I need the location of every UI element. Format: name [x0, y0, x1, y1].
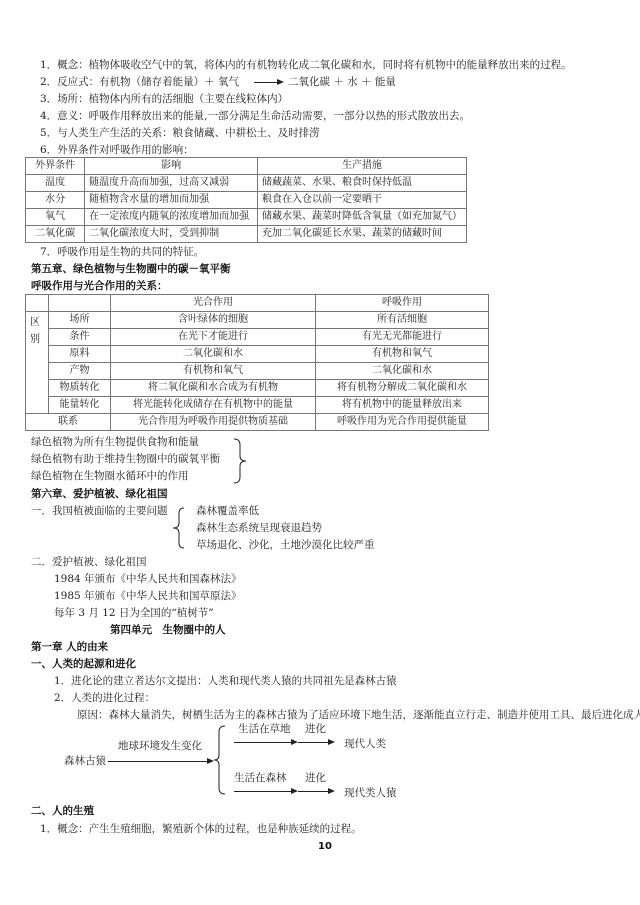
table-cell: 将有机物分解成二氧化碳和水: [316, 380, 489, 397]
table-cell: 水分: [26, 192, 85, 209]
vegetation-problem: 森林生态系统呈现衰退趋势: [196, 521, 322, 535]
table-cell: 二氧化碳和水: [111, 346, 316, 363]
chapter5-title: 第五章、绿色植物与生物圈中的碳－氧平衡: [31, 262, 231, 276]
chapter5-subtitle: 呼吸作用与光合作用的关系：: [31, 279, 168, 293]
respiration-equation-product: 二氧化碳 ＋ 水 ＋ 能量: [288, 75, 396, 89]
table-row: 能量转化 将光能转化成储存在有机物中的能量 将有机物中的能量释放出来: [26, 397, 489, 414]
reaction-arrow-icon: [254, 82, 282, 83]
table-cell: 联系: [26, 414, 111, 431]
vegetation-problem: 森林覆盖率低: [196, 504, 259, 518]
table-header-row: 外界条件 影响 生产措施: [26, 158, 467, 175]
diagram-upper-evolve: 进化: [305, 722, 326, 736]
table-row: 区 别 场所 含叶绿体的细胞 所有活细胞: [26, 312, 489, 329]
green-plant-role: 绿色植物在生物圈水循环中的作用: [31, 469, 189, 483]
vegetation-problem: 草场退化、沙化，土地沙漠化比较严重: [196, 538, 375, 552]
respiration-factors-heading: 6．外界条件对呼吸作用的影响：: [40, 143, 194, 157]
table-cell: 呼吸作用为光合作用提供能量: [316, 414, 489, 431]
table-header: 光合作用: [111, 295, 316, 312]
table-row: 原料 二氧化碳和水 有机物和氧气: [26, 346, 489, 363]
vegetation-problems-label: 一．我国植被面临的主要问题: [31, 504, 168, 518]
table-header-empty: [49, 295, 111, 312]
table-header: 外界条件: [26, 158, 85, 175]
diagram-upper-result: 现代人类: [344, 737, 386, 751]
section2-title: 二、人的生殖: [31, 804, 94, 818]
table-cell: 粮食在入仓以前一定要晒干: [258, 192, 467, 209]
lower-arrow-icon: [234, 791, 296, 792]
upper-arrow-icon: [298, 742, 333, 743]
unit4-title: 第四单元 生物圈中的人: [110, 623, 226, 637]
diagram-origin: 森林古猿: [64, 754, 106, 768]
table-cell: 二氧化碳浓度大时，受到抑制: [85, 226, 258, 243]
table-row: 水分 随植物含水量的增加而加强 粮食在入仓以前一定要晒干: [26, 192, 467, 209]
table-row: 氧气 在一定浓度内随氧的浓度增加而加强 储藏水果、蔬菜时降低含氧量（如充加氮气）: [26, 209, 467, 226]
table-cell: 有机物和氧气: [111, 363, 316, 380]
table-cell: 将有机物中的能量释放出来: [316, 397, 489, 414]
right-brace-icon: [232, 438, 252, 484]
table-cell: 在一定浓度内随氧的浓度增加而加强: [85, 209, 258, 226]
page-number: 10: [318, 840, 332, 854]
table-header: 呼吸作用: [316, 295, 489, 312]
table-header: 影响: [85, 158, 258, 175]
table-cell: 将二氧化碳和水合成为有机物: [111, 380, 316, 397]
table-row: 温度 随温度升高而加强，过高又减弱 储藏蔬菜、水果、粮食时保持低温: [26, 175, 467, 192]
table-cell: 条件: [49, 329, 111, 346]
protect-item: 每年 3 月 12 日为全国的“植树节”: [54, 606, 214, 620]
table-cell: 场所: [49, 312, 111, 329]
table-cell: 所有活细胞: [316, 312, 489, 329]
respiration-site: 3．场所：植物体内所有的活细胞（主要在线粒体内）: [40, 92, 288, 106]
respiration-common-feature: 7．呼吸作用是生物的共同的特征。: [40, 245, 204, 259]
diagram-upper-path: 生活在草地: [238, 722, 291, 736]
table-cell: 原料: [49, 346, 111, 363]
table-header-row: 光合作用 呼吸作用: [26, 295, 489, 312]
table-cell: 含叶绿体的细胞: [111, 312, 316, 329]
table-cell: 随温度升高而加强，过高又减弱: [85, 175, 258, 192]
table-cell: 光合作用为呼吸作用提供物质基础: [111, 414, 316, 431]
darwin-item: 1．进化论的建立者达尔文提出：人类和现代类人猿的共同祖先是森林古猿: [54, 674, 397, 688]
section1-title: 一、人类的起源和进化: [31, 657, 136, 671]
respiration-concept: 1．概念：植物体吸收空气中的氧，将体内的有机物转化成二氧化碳和水，同时将有机物中…: [40, 58, 572, 72]
table-header: 生产措施: [258, 158, 467, 175]
protect-vegetation-label: 二．爱护植被、绿化祖国: [31, 555, 147, 569]
protect-item: 1985 年颁布《中华人民共和国草原法》: [54, 589, 242, 603]
table-cell: 充加二氧化碳延长水果、蔬菜的储藏时间: [258, 226, 467, 243]
table-cell: 温度: [26, 175, 85, 192]
table-cell: 储藏水果、蔬菜时降低含氧量（如充加氮气）: [258, 209, 467, 226]
left-brace-icon: [172, 507, 186, 549]
green-plant-role: 绿色植物有助于维持生物圈中的碳氧平衡: [31, 452, 220, 466]
chapter6-title: 第六章、爱护植被、绿化祖国: [31, 487, 168, 501]
table-row: 联系 光合作用为呼吸作用提供物质基础 呼吸作用为光合作用提供能量: [26, 414, 489, 431]
evolution-reason: 原因：森林大量消失，树栖生活为主的森林古猿为了适应环境下地生活，逐渐能直立行走、…: [77, 708, 640, 722]
respiration-equation: 2．反应式：有机物（储存着能量）＋ 氧气: [40, 75, 239, 89]
diagram-lower-result: 现代类人猿: [344, 786, 397, 800]
evolution-process-label: 2．人类的进化过程：: [54, 691, 155, 705]
table-row: 条件 在光下才能进行 有光无光都能进行: [26, 329, 489, 346]
table-header-empty: [26, 295, 49, 312]
table-cell: 产物: [49, 363, 111, 380]
table-cell: 有机物和氧气: [316, 346, 489, 363]
table-cell: 物质转化: [49, 380, 111, 397]
table-cell: 将光能转化成储存在有机物中的能量: [111, 397, 316, 414]
factors-table: 外界条件 影响 生产措施 温度 随温度升高而加强，过高又减弱 储藏蔬菜、水果、粮…: [25, 157, 467, 243]
table-cell: 储藏蔬菜、水果、粮食时保持低温: [258, 175, 467, 192]
table-cell: 随植物含水量的增加而加强: [85, 192, 258, 209]
table-row: 二氧化碳 二氧化碳浓度大时，受到抑制 充加二氧化碳延长水果、蔬菜的储藏时间: [26, 226, 467, 243]
table-cell: 有光无光都能进行: [316, 329, 489, 346]
photosynthesis-respiration-table: 光合作用 呼吸作用 区 别 场所 含叶绿体的细胞 所有活细胞 条件 在光下才能进…: [25, 294, 489, 431]
table-row: 物质转化 将二氧化碳和水合成为有机物 将有机物分解成二氧化碳和水: [26, 380, 489, 397]
table-cell: 能量转化: [49, 397, 111, 414]
lower-arrow-icon: [298, 791, 333, 792]
table-cell: 氧气: [26, 209, 85, 226]
left-brace-icon: [213, 725, 227, 795]
protect-item: 1984 年颁布《中华人民共和国森林法》: [54, 572, 242, 586]
table-cell: 二氧化碳: [26, 226, 85, 243]
main-arrow-icon: [108, 761, 212, 762]
difference-group-label: 区 别: [26, 312, 49, 414]
diagram-lower-evolve: 进化: [305, 771, 326, 785]
diagram-lower-path: 生活在森林: [234, 771, 287, 785]
respiration-relation: 5．与人类生产生活的关系：粮食储藏、中耕松土、及时排涝: [40, 126, 320, 140]
respiration-significance: 4．意义：呼吸作用释放出来的能量,一部分满足生命活动需要，一部分以热的形式散放出…: [40, 109, 470, 123]
table-cell: 在光下才能进行: [111, 329, 316, 346]
reproduction-concept: 1．概念：产生生殖细胞，繁殖新个体的过程，也是种族延续的过程。: [40, 822, 362, 836]
upper-arrow-icon: [234, 742, 296, 743]
table-row: 产物 有机物和氧气 二氧化碳和水: [26, 363, 489, 380]
table-cell: 二氧化碳和水: [316, 363, 489, 380]
chapter1-title: 第一章 人的由来: [31, 640, 108, 654]
diagram-change-label: 地球环境发生变化: [118, 739, 202, 753]
green-plant-role: 绿色植物为所有生物提供食物和能量: [31, 435, 199, 449]
